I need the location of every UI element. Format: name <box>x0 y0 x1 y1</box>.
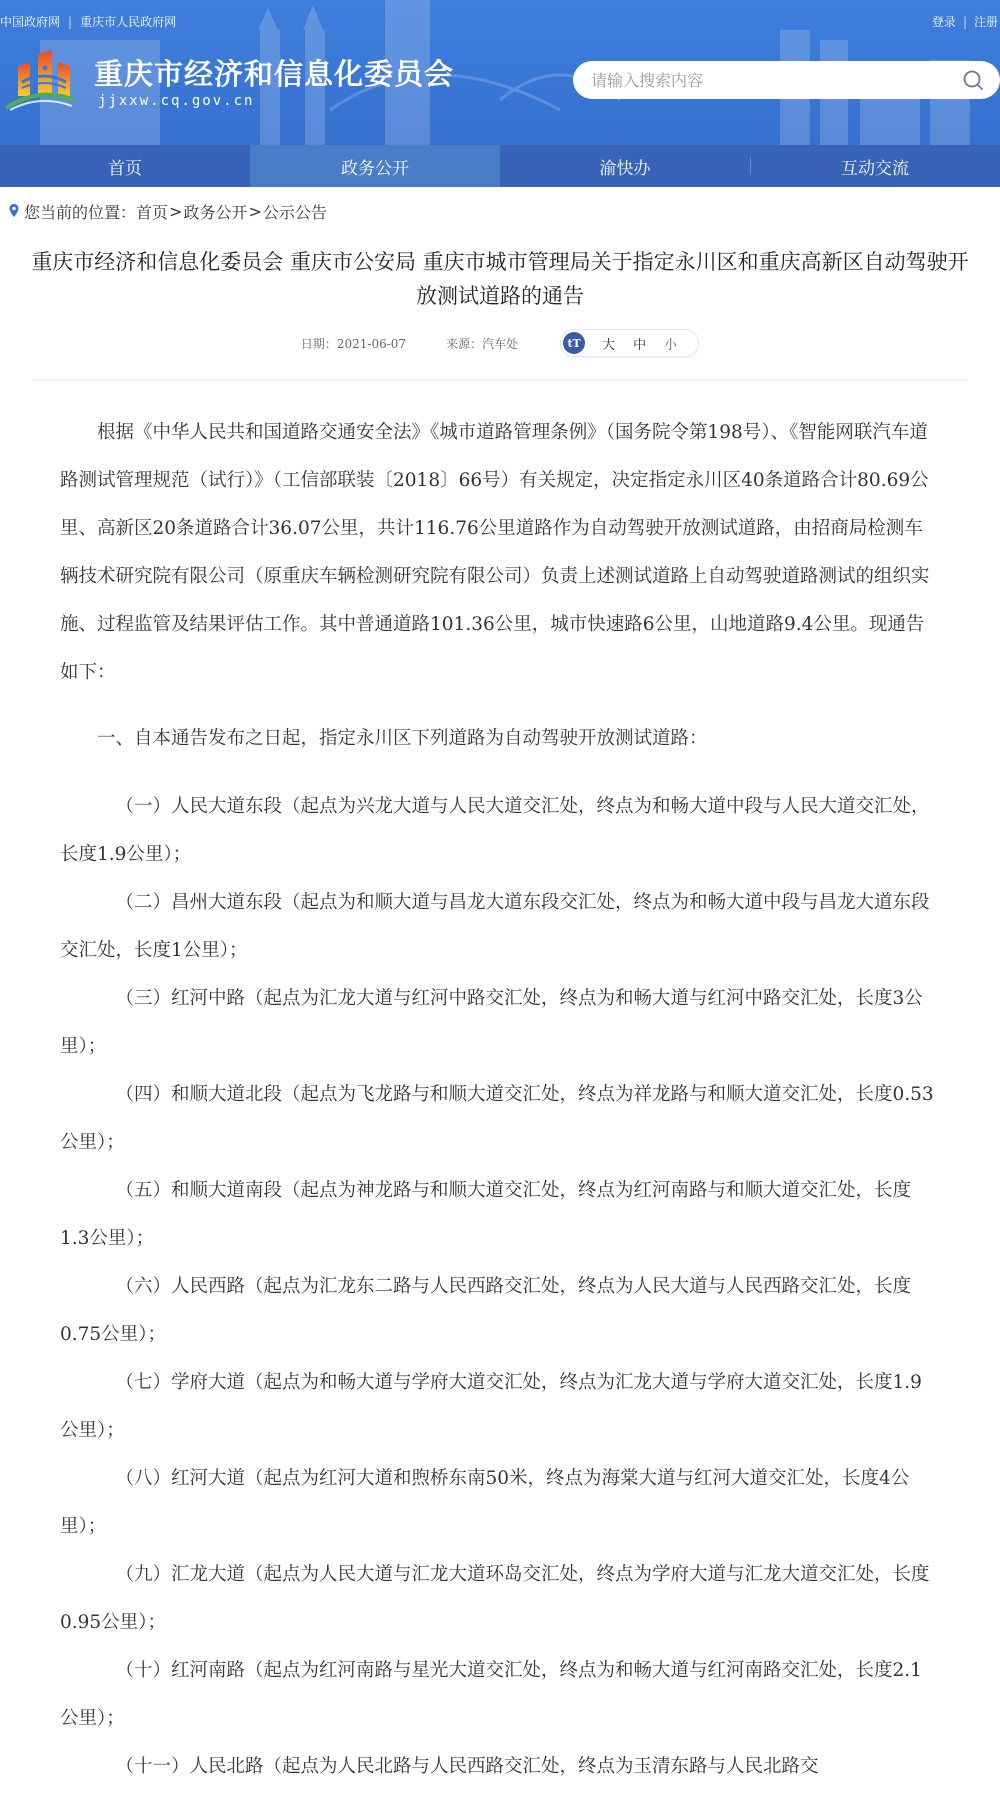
article-meta: 日期：2021-06-07 来源：汽车处 tT 大 中 小 <box>0 329 1000 357</box>
road-item: （二）昌州大道东段（起点为和顺大道与昌龙大道东段交汇处，终点为和畅大道中段与昌龙… <box>60 879 940 975</box>
breadcrumb-home[interactable]: 首页 <box>136 200 168 223</box>
font-size-small-button[interactable]: 小 <box>664 334 677 353</box>
section-heading: 一、自本通告发布之日起，指定永川区下列道路为自动驾驶开放测试道路： <box>60 715 940 763</box>
font-size-large-button[interactable]: 大 <box>602 334 615 353</box>
article-body: 根据《中华人民共和国道路交通安全法》《城市道路管理条例》（国务院令第198号）、… <box>0 409 1000 1791</box>
nav-item-home[interactable]: 首页 <box>0 145 250 187</box>
site-title: 重庆市经济和信息化委员会 <box>94 52 454 93</box>
site-header: 中国政府网 | 重庆市人民政府网 登录 | 注册 重庆市经济和信息化委员会 jj… <box>0 0 1000 145</box>
intro-paragraph: 根据《中华人民共和国道路交通安全法》《城市道路管理条例》（国务院令第198号）、… <box>60 409 940 697</box>
road-item: （三）红河中路（起点为汇龙大道与红河中路交汇处，终点为和畅大道与红河中路交汇处，… <box>60 975 940 1071</box>
publish-date: 日期：2021-06-07 <box>301 335 406 352</box>
font-size-icon: tT <box>563 332 585 354</box>
road-list: （一）人民大道东段（起点为兴龙大道与人民大道交汇处，终点为和畅大道中段与人民大道… <box>60 783 940 1791</box>
breadcrumb-announcements[interactable]: 公示公告 <box>263 200 327 223</box>
article-source: 来源：汽车处 <box>446 335 518 352</box>
breadcrumb-gov-affairs[interactable]: 政务公开 <box>183 200 247 223</box>
road-item: （一）人民大道东段（起点为兴龙大道与人民大道交汇处，终点为和畅大道中段与人民大道… <box>60 783 940 879</box>
login-link[interactable]: 登录 <box>932 13 956 30</box>
breadcrumb-prefix: 您当前的位置： <box>24 200 136 223</box>
road-item: （七）学府大道（起点为和畅大道与学府大道交汇处，终点为汇龙大道与学府大道交汇处，… <box>60 1359 940 1455</box>
road-item: （六）人民西路（起点为汇龙东二路与人民西路交汇处，终点为人民大道与人民西路交汇处… <box>60 1263 940 1359</box>
separator: | <box>963 15 967 29</box>
breadcrumb-separator: > <box>169 202 182 221</box>
search-input[interactable] <box>591 71 962 90</box>
link-gov-cn[interactable]: 中国政府网 <box>0 13 60 30</box>
road-item: （九）汇龙大道（起点为人民大道与汇龙大道环岛交汇处，终点为学府大道与汇龙大道交汇… <box>60 1551 940 1647</box>
nav-item-gov-affairs[interactable]: 政务公开 <box>250 145 500 187</box>
register-link[interactable]: 注册 <box>974 13 998 30</box>
top-links: 中国政府网 | 重庆市人民政府网 <box>0 13 176 30</box>
road-item: （十一）人民北路（起点为人民北路与人民西路交汇处，终点为玉清东路与人民北路交 <box>60 1743 940 1791</box>
nav-item-yukuaiban[interactable]: 渝快办 <box>500 145 750 187</box>
nav-item-interaction[interactable]: 互动交流 <box>750 145 1000 187</box>
divider <box>32 379 968 381</box>
site-logo-icon[interactable] <box>4 48 76 112</box>
auth-links: 登录 | 注册 <box>932 13 998 30</box>
road-item: （五）和顺大道南段（起点为神龙路与和顺大道交汇处，终点为红河南路与和顺大道交汇处… <box>60 1167 940 1263</box>
breadcrumb-separator: > <box>248 202 261 221</box>
location-pin-icon <box>8 203 20 219</box>
link-cq-gov[interactable]: 重庆市人民政府网 <box>80 13 176 30</box>
site-domain: jjxxw.cq.gov.cn <box>98 93 254 109</box>
road-item: （四）和顺大道北段（起点为飞龙路与和顺大道交汇处，终点为祥龙路与和顺大道交汇处，… <box>60 1071 940 1167</box>
road-item: （八）红河大道（起点为红河大道和煦桥东南50米，终点为海棠大道与红河大道交汇处，… <box>60 1455 940 1551</box>
search-icon[interactable] <box>962 69 984 91</box>
breadcrumb: 您当前的位置： 首页 > 政务公开 > 公示公告 <box>0 187 1000 235</box>
separator: | <box>68 15 72 29</box>
main-nav: 首页 政务公开 渝快办 互动交流 <box>0 145 1000 187</box>
article-title: 重庆市经济和信息化委员会 重庆市公安局 重庆市城市管理局关于指定永川区和重庆高新… <box>0 235 1000 313</box>
font-size-medium-button[interactable]: 中 <box>633 334 646 353</box>
font-size-toggle: tT 大 中 小 <box>560 329 699 357</box>
search-box <box>573 61 1000 99</box>
road-item: （十）红河南路（起点为红河南路与星光大道交汇处，终点为和畅大道与红河南路交汇处，… <box>60 1647 940 1743</box>
